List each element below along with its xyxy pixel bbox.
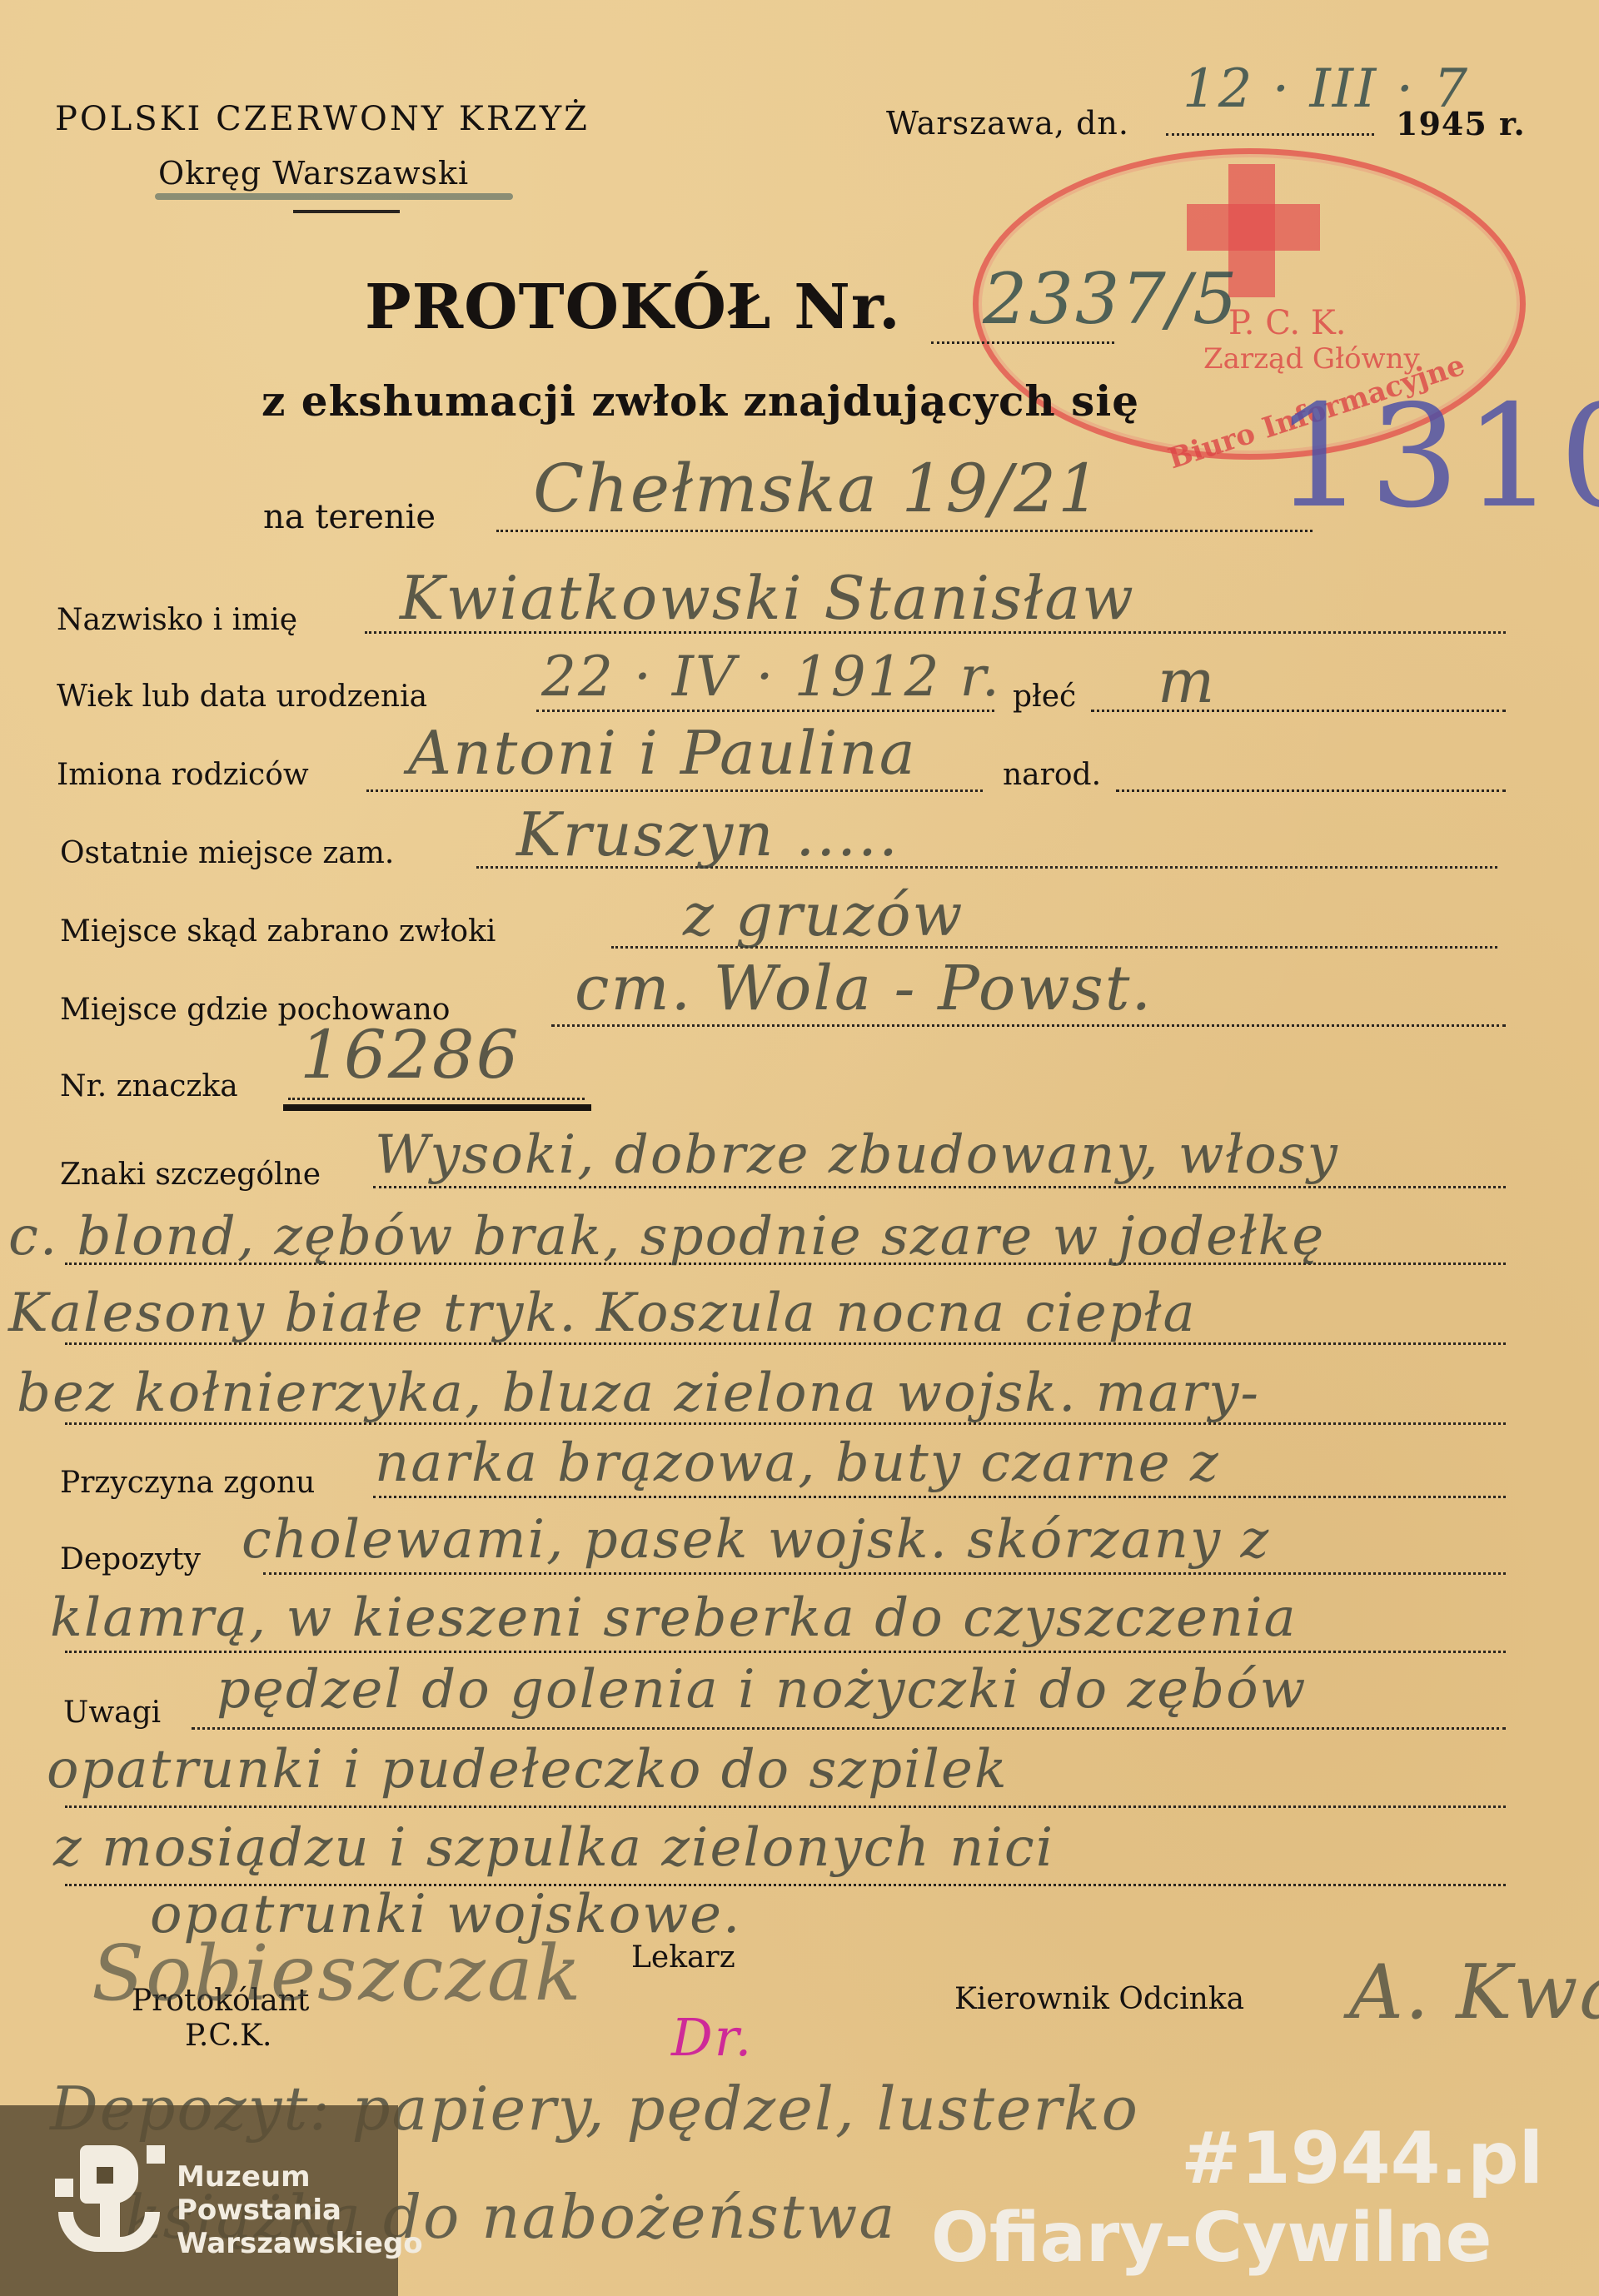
field-label-wiek: Wiek lub data urodzenia xyxy=(57,680,427,714)
field-value-wiek: 22 · IV · 1912 r. xyxy=(541,645,1001,709)
protocol-clerk-org: P.C.K. xyxy=(185,2019,271,2053)
field-value-znaki-line1: Wysoki, dobrze zbudowany, włosy xyxy=(375,1124,1339,1186)
field-label-nazwisko: Nazwisko i imię xyxy=(57,603,297,637)
protocol-clerk-signature: Sobieszczak xyxy=(92,1929,582,2018)
protocol-number: 2337/5 xyxy=(983,258,1239,340)
organization-name: POLSKI CZERWONY KRZYŻ xyxy=(55,100,590,138)
field-value-plec: m xyxy=(1158,646,1216,716)
field-value-uwagi-line2: opatrunki i pudełeczko do szpilek xyxy=(47,1739,1009,1800)
archive-number: 13102 xyxy=(1274,375,1599,540)
field-label-uwagi: Uwagi xyxy=(63,1696,161,1730)
project-watermark: Ofiary-Cywilne xyxy=(931,2199,1492,2278)
field-label-skad-zabrano: Miejsce skąd zabrano zwłoki xyxy=(60,914,496,949)
museum-name-line2: Powstania xyxy=(177,2194,341,2227)
field-line xyxy=(263,1572,1506,1575)
doctor-signature: Dr. xyxy=(671,2007,753,2068)
stamp-line1: P. C. K. xyxy=(1228,304,1346,342)
field-line xyxy=(192,1727,1506,1730)
field-line xyxy=(496,530,1313,532)
field-line xyxy=(1116,789,1506,792)
field-value-uwagi-line1: pędzel do golenia i nożyczki do zębów xyxy=(217,1659,1307,1721)
field-value-znaki-line4: bez kołnierzyka, bluza zielona wojsk. ma… xyxy=(17,1362,1260,1424)
field-value-depozyty-line1: cholewami, pasek wojsk. skórzany z xyxy=(242,1509,1270,1571)
year-printed: 1945 r. xyxy=(1396,105,1526,142)
field-label-znaki: Znaki szczególne xyxy=(60,1158,321,1192)
field-value-skad-zabrano: z gruzów xyxy=(683,881,964,949)
field-value-zamieszkanie: Kruszyn ..... xyxy=(516,799,899,869)
field-line xyxy=(551,1024,1506,1027)
protocol-number-line xyxy=(931,341,1114,344)
field-label-zamieszkanie: Ostatnie miejsce zam. xyxy=(60,836,394,870)
district-name: Okręg Warszawski xyxy=(158,155,469,192)
field-value-przyczyna: narka brązowa, buty czarne z xyxy=(375,1432,1220,1494)
museum-logo-watermark: Muzeum Powstania Warszawskiego xyxy=(0,2105,398,2296)
field-value-rodzice: Antoni i Paulina xyxy=(408,718,917,788)
site-watermark: #1944.pl xyxy=(1181,2117,1543,2200)
field-label-rodzice: Imiona rodziców xyxy=(57,758,309,792)
field-value-nr-znaczka: 16286 xyxy=(300,1016,521,1093)
field-value-depozyty-line2: klamrą, w kieszeni sreberka do czyszczen… xyxy=(50,1587,1298,1649)
field-value-nazwisko: Kwiatkowski Stanisław xyxy=(400,563,1135,633)
field-line xyxy=(366,789,983,792)
nr-znaczka-underline xyxy=(283,1104,591,1111)
field-label-plec: płeć xyxy=(1013,680,1076,714)
field-line xyxy=(65,1805,1506,1808)
district-underline-mark xyxy=(155,193,513,200)
field-label-na-terenie: na terenie xyxy=(263,498,436,536)
field-value-znaki-line3: Kalesony białe tryk. Koszula nocna ciepł… xyxy=(8,1282,1197,1344)
field-line xyxy=(1091,710,1506,712)
section-head-label: Kierownik Odcinka xyxy=(954,1982,1244,2016)
field-value-pochowano: cm. Wola - Powst. xyxy=(575,953,1153,1024)
field-label-depozyty: Depozyty xyxy=(60,1542,201,1576)
field-line xyxy=(65,1651,1506,1653)
stamp-line2: Zarząd Główny xyxy=(1203,342,1420,376)
field-value-na-terenie: Chełmska 19/21 xyxy=(533,450,1102,527)
field-line xyxy=(373,1496,1506,1498)
field-line xyxy=(536,710,994,712)
anchor-emblem-icon xyxy=(55,2145,163,2252)
museum-name-line1: Muzeum xyxy=(177,2160,311,2194)
section-head-signature: A. Kwas xyxy=(1349,1949,1599,2036)
field-label-narod: narod. xyxy=(1003,758,1101,792)
field-line xyxy=(373,1186,1506,1188)
protocol-title: PROTOKÓŁ Nr. xyxy=(365,271,901,343)
field-value-znaki-line2: c. blond, zębów brak, spodnie szare w jo… xyxy=(8,1206,1325,1268)
date-dotted-line xyxy=(1166,133,1374,136)
protocol-subtitle: z ekshumacji zwłok znajdujących się xyxy=(262,376,1139,426)
place-label: Warszawa, dn. xyxy=(886,105,1129,142)
field-line xyxy=(288,1098,585,1100)
doctor-label: Lekarz xyxy=(631,1940,735,1975)
divider xyxy=(293,210,400,213)
museum-name-line3: Warszawskiego xyxy=(177,2227,423,2260)
field-label-nr-znaczka: Nr. znaczka xyxy=(60,1069,238,1103)
field-label-przyczyna: Przyczyna zgonu xyxy=(60,1466,315,1500)
field-value-uwagi-line3: z mosiądzu i szpulka zielonych nici xyxy=(53,1817,1054,1879)
